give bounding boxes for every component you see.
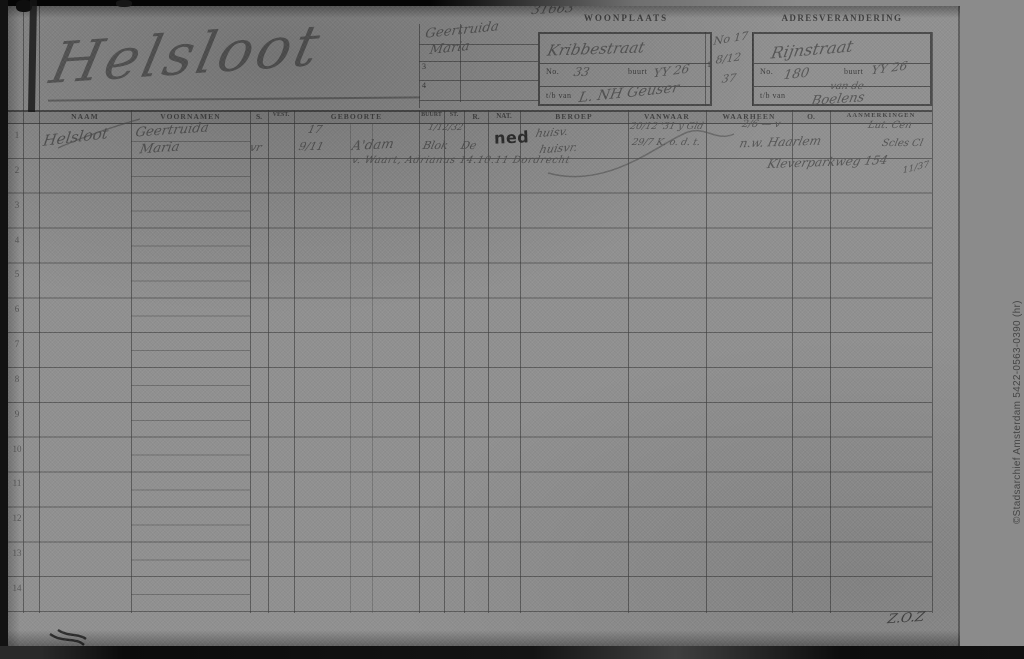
adres-buurt-value: YY 26	[871, 60, 909, 77]
row1-geboorte-plaats: A'dam	[350, 138, 394, 153]
grid-line	[830, 110, 831, 613]
grid-line	[419, 110, 420, 613]
adres-tb-line2: Boelens	[810, 91, 865, 108]
row1-waarheen-1: 2/6 — v	[741, 120, 781, 130]
row1-waarheen-2: n.w. Haarlem	[738, 135, 822, 150]
adresverandering-box: Rijnstraat No. 180 buurt YY 26 t/b van v…	[752, 32, 932, 106]
row-number: 14	[10, 583, 24, 593]
voornamen-sub-lines	[131, 141, 250, 596]
grid-line	[932, 32, 933, 613]
col-header-naam: NAAM	[39, 112, 131, 122]
woonplaats-street: Kribbestraat	[546, 40, 646, 58]
zoz-note: Z.O.Z	[886, 611, 925, 626]
col-header-voornamen: VOORNAMEN	[131, 112, 250, 122]
scan-edge-top	[0, 0, 1024, 6]
woonplaats-box: Kribbestraat No. 33 buurt YY 26 t/b van …	[538, 32, 712, 106]
row-number: 2	[10, 165, 24, 175]
row1-vanwaar-1: 20/12 '31 y Gld	[629, 122, 704, 132]
grid-line	[419, 61, 538, 62]
row-number: 6	[10, 304, 24, 314]
scan-artifact	[116, 0, 132, 7]
change-col-line2: 8/12	[715, 51, 742, 65]
col-header-vest: VEST.	[268, 112, 294, 122]
row1-beroep-1: huisv.	[535, 126, 570, 139]
grid-line	[350, 124, 351, 613]
change-col-line3: 37	[721, 72, 737, 84]
row-number: 8	[10, 374, 24, 384]
grid-line	[372, 124, 373, 613]
woonplaats-tb-label: t/b van	[546, 91, 572, 100]
scan-edge-bottom	[0, 646, 1024, 659]
grid-line	[419, 24, 420, 108]
col-header-beroep: BEROEP	[520, 112, 628, 122]
row-number: 1	[10, 130, 24, 140]
grid-line	[628, 110, 629, 613]
row1-st: De	[460, 140, 478, 151]
woonplaats-tb-value: L. NH Geuser	[578, 81, 681, 105]
row-number: 11	[10, 478, 24, 488]
row1-aanmerking-1: Lut. Cen	[867, 121, 913, 131]
archive-credit: ©Stadsarchief Amsterdam 5422-0563-0390 (…	[1012, 300, 1023, 524]
grid-line	[294, 110, 295, 613]
row1-datum: 1/12/32	[427, 124, 464, 133]
grid-line	[250, 110, 251, 613]
row-number: 5	[10, 269, 24, 279]
archive-scan: Helsloot 3 4 Geertruida Maria 31663 WOON…	[0, 0, 1024, 659]
woonplaats-no-label: No.	[546, 67, 559, 76]
row1-vanwaar-2: 29/7 K. o. d. t.	[631, 138, 701, 148]
row-number: 9	[10, 409, 24, 419]
row-number: 12	[10, 513, 24, 523]
row1-voornaam-2: Maria	[139, 141, 181, 157]
row-number: 4	[10, 235, 24, 245]
adres-tb-label: t/b van	[760, 91, 786, 100]
scan-edge-left	[0, 0, 8, 659]
grid-line	[419, 100, 538, 101]
col-header-o: O.	[792, 112, 830, 122]
row1-annotatie-huwelijk: v. Waart, Adrianus 14.10.11 Dordrecht	[351, 156, 571, 166]
grid-line	[268, 110, 269, 613]
grid-line	[488, 110, 489, 613]
woonplaats-buurt-value: YY 26	[653, 63, 691, 80]
woonplaats-buurt-label: buurt	[628, 67, 647, 76]
woonplaats-no-value: 33	[573, 66, 591, 78]
adres-no-value: 180	[783, 67, 810, 83]
row1-nationaliteit-stamp: ned	[494, 127, 530, 147]
row1-aanmerking-2: Scles Cl	[881, 139, 924, 149]
col-header-nat: NAT.	[488, 112, 520, 122]
names-grid-row3-number: 3	[422, 62, 427, 71]
adres-no-label: No.	[760, 67, 773, 76]
row1-geboorte-dag: 17	[307, 124, 324, 135]
row1-geboorte-jaar: 9/11	[298, 141, 325, 152]
col-header-st: ST.	[444, 112, 464, 122]
col-header-s: S.	[250, 112, 268, 122]
col-header-r: R.	[464, 112, 488, 122]
grid-line	[444, 110, 445, 613]
adres-street: Rijnstraat	[770, 39, 855, 62]
grid-line	[464, 110, 465, 613]
change-col-printed-number: 1	[707, 60, 712, 69]
row-number: 10	[10, 444, 24, 454]
row-number: 3	[10, 200, 24, 210]
grid-line	[419, 80, 538, 81]
adresverandering-title: ADRESVERANDERING	[752, 13, 932, 23]
grid-line	[520, 110, 521, 613]
grid-line	[792, 110, 793, 613]
woonplaats-title: WOONPLAATS	[540, 13, 712, 23]
col-header-buurt: BUURT	[419, 112, 444, 122]
adres-buurt-label: buurt	[844, 67, 863, 76]
grid-line	[706, 110, 707, 613]
grid-line	[131, 110, 132, 613]
row-number: 13	[10, 548, 24, 558]
names-grid-row4-number: 4	[422, 81, 427, 90]
row1-buurt: Blok	[422, 140, 449, 151]
col-header-geboorte: GEBOORTE	[294, 112, 419, 122]
grid-line	[705, 32, 706, 106]
row1-beroep-2: huisvr.	[538, 142, 578, 156]
row-number: 7	[10, 339, 24, 349]
